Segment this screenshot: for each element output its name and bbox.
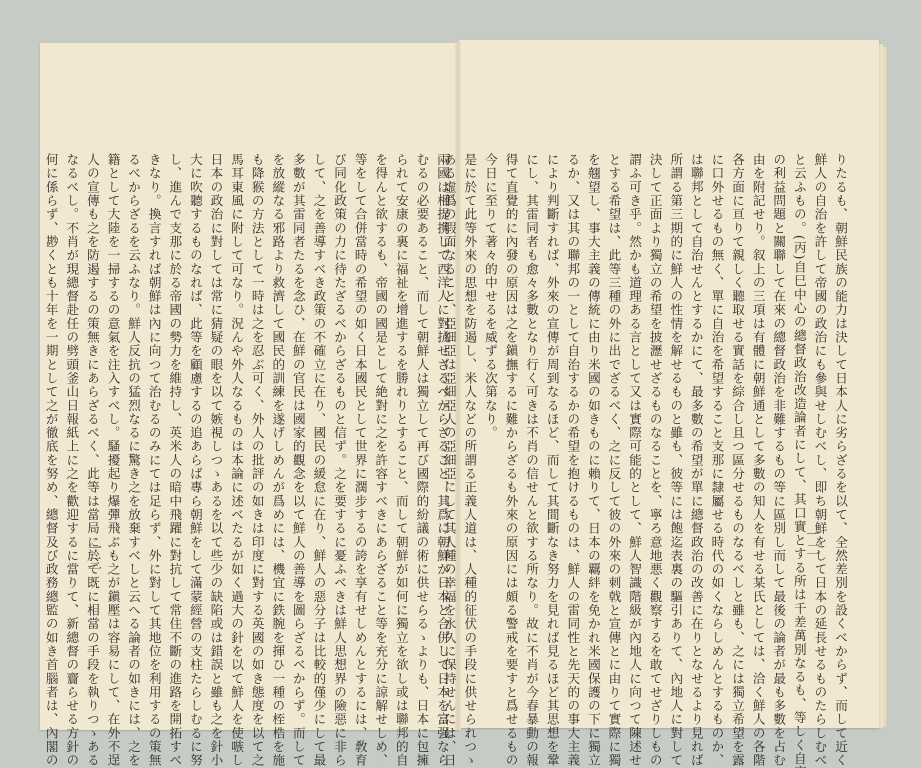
page-number-left: 一三 — [84, 541, 104, 571]
text-line: りたるも、朝鮮民族の能力は決して日本人に劣らざるを以て、全然差別を設くべからず、… — [829, 153, 850, 693]
text-line: と云ふもの。(丙)自巳中心の總督政治改造論者にして、其口實とする所は千差萬別なる… — [788, 153, 809, 693]
text-line: を得んと欲するも、帝國の國是として絶對に之を許容すべきにあらざること等を充分に諒… — [370, 153, 391, 693]
text-line: とする希望は、此等三種の外に出でざるべく、之に反して彼の外來の刺戟と宣傳とに由り… — [603, 153, 624, 693]
book-spread: りたるも、朝鮮民族の能力は決して日本人に劣らざるを以て、全然差別を設くべからず、… — [0, 0, 921, 768]
text-line: 謂ふ可き乎。然かも道理ある言として又は實際可能的として、鮮人智識階級が內地人に向… — [623, 153, 644, 693]
text-line: 由を附記せり。叙上の三項は有體に朝鮮通として多數の知人を有せる某氏としては、洽く… — [747, 153, 768, 693]
text-line: により判斷すれば、外來の宣傳が周到なるほど、而して其間斷なき努力を見れば見るほど… — [541, 153, 562, 693]
text-line: 鮮人の自治を許して帝國の政治にも參與せしむべし、即ち朝鮮をして日本の延長せるもの… — [809, 153, 830, 693]
text-line: 籍として大陸を一掃するの意氣を注入すべし。騷擾起り爆彈飛ぶも之が鎭壓は容易にして… — [102, 153, 123, 693]
text-line: 所謂る第三期的に鮮人の性情を解せるものと雖も、彼等には飽迄表裏の驅引ありて、內地… — [665, 153, 686, 693]
text-line: 得て直覺的に內發の原因は之を鎭撫するに難からざるも外來の原因には頗る警戒を要すと… — [500, 153, 521, 693]
text-line: にし、其雷同者も愈々多數となり行く可きは不肖の信せんと欲する所なり。故に不肖が今… — [521, 153, 542, 693]
text-line: 何に係らず、尠くとも十年を一期として之が徹底を努め、總督及び政務總監の如き首腦者… — [40, 153, 61, 693]
text-line: られて安康の裏に福祉を增進するを勝れりとすること、而して朝鮮が如何に獨立を欲し或… — [390, 153, 411, 693]
page-stack-edge — [883, 47, 887, 727]
text-line: し、進んで支那に於る帝國の勢力を維持し、英米人の暗中飛躍に對抗して常住不斷の進路… — [164, 153, 185, 693]
text-line: を翹望し、事大主義の傳統に由り米國の如きものに賴りて、日本の覊絆を免かれ米國保護… — [582, 153, 603, 693]
text-line: きなり。換言すれば朝鮮は內に向つて治むるのみにては足らず、外に對して其地位を利用… — [143, 153, 164, 693]
text-line: むるの必要あること、而して朝鮮人は獨立して再び國際的紛議の術に供せらるゝよりも、… — [411, 153, 432, 693]
text-line: なるべし。不肖が現總督赴任の劈頭釜山日報紙上に之を歡迎するに當りて、新總督の齎ら… — [61, 153, 82, 693]
text-line: 日本の政治に對しては常に猜疑の眼を以て嫉視しつゝあるを以て些少の缺陷或は錯誤と雖… — [205, 153, 226, 693]
text-line: 人の宣傳も之を防遏するの策無きにあらざるべく、此等は當局に於て既に相當の手段を執… — [81, 153, 102, 693]
text-line: るか、又は其の聯邦の一として自治するかの希望を抱けるものは、鮮人の雷同性と先天的… — [562, 153, 583, 693]
text-line: 大に吹聽するものなれば、此等を顧慮するの追あらば專ら朝鮮をして滿蒙經營の支柱たら… — [184, 153, 205, 693]
text-line: は聯邦として自治せんとするかにて、最多數の希望が單に總督政治の改善に在りとなせる… — [685, 153, 706, 693]
text-line: 是に於て此等外來の思想を防遏し、米人などの所謂る正義人道は、人種的征伏の手段に供… — [459, 153, 480, 693]
text-line: に口外せるもの無く、單に自治を希望すること支那に隸屬せる時代の如くならしめんとす… — [706, 153, 727, 693]
text-line: 各方面に亘りて親しく聽取せる實話を綜合し且つ區分せるものなるべしと雖も、之には獨… — [726, 153, 747, 693]
page-number-right: 一二 — [802, 527, 822, 557]
text-line: して、之を善導すべき政策の不確立に在り、國民の緩怠に在り、鮮人の惡分子は比較的僅… — [308, 153, 329, 693]
text-line: び同化政策の力に待たざるべからざるものと信ず。之を要するに憂ふべきは鮮人思想界の… — [328, 153, 349, 693]
text-line: 兩國は相提携して西洋人に對抗せざるべからざること、其爲に朝鮮が日本と合併して日本… — [431, 153, 452, 693]
text-line: るべからざるを云ふなり。鮮人反抗の猛烈なるに驚き之を放棄すべしと云へる論者の如き… — [123, 153, 144, 693]
text-line: 決して正面より獨立の希望を披瀝せざるものなることを、寧ろ意地悪く觀察するを敢てせ… — [644, 153, 665, 693]
text-line: の利益問題と關聯して在來の總督政治を非難するもの等に區別し而して最後の論者が最も… — [768, 153, 789, 693]
text-line: 等をして合併當時の希望の如く日本國民として世界に濶步するの誇を享有せしめんとする… — [349, 153, 370, 693]
text-line: 馬耳東風に附して可なり。況んや外人なるものは本論に述べたるが如く過大の針を以て鮮… — [225, 153, 246, 693]
text-line: 多數が其雷同者たるを念ひ、在鮮の官民は國家的觀念を以て鮮人の善導を圖らざるべから… — [287, 153, 308, 693]
left-page-text: 兩國は相提携して西洋人に對抗せざるべからざること、其爲に朝鮮が日本と合併して日本… — [92, 153, 452, 693]
right-page-text: りたるも、朝鮮民族の能力は決して日本人に劣らざるを以て、全然差別を設くべからず、… — [472, 153, 850, 693]
text-line: も降猴の方法として一時は之を忍ぶ可く、外人の批評の如きは印度に對する英國の如き態… — [246, 153, 267, 693]
text-line: を放縱なる邪路より救濟して國民的訓練を遂げしめんが爲めには、機宜に鉄腕を揮ひ一種… — [267, 153, 288, 693]
text-line: 今日に至りて著々的中せるを威ずる次第なり。 — [479, 153, 500, 693]
